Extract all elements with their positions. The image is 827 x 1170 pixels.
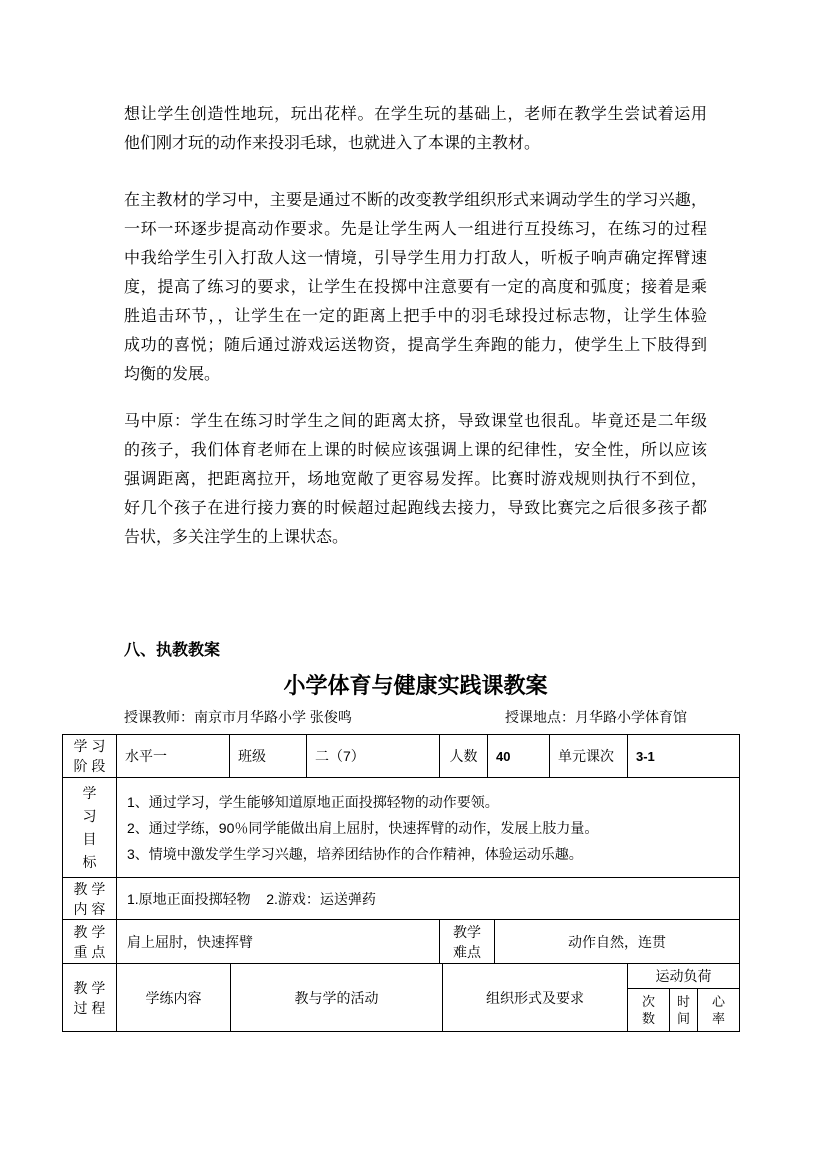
paragraph-line: 均衡的发展。 [124,360,707,389]
paragraph: 想让学生创造性地玩，玩出花样。在学生玩的基础上，老师在教学生尝试着运用 他们刚才… [124,100,707,158]
paragraph-line: 成功的喜悦；随后通过游戏运送物资，提高学生奔跑的能力，使学生上下肢得到 [124,331,707,360]
organization-header-cell: 组织形式及要求 [443,964,628,1031]
difficulty-value-cell: 动作自然，连贯 [495,920,739,964]
load-subrow: 次 数 时 间 心 率 [628,989,739,1031]
table-row: 学 习 阶 段 水平一 班级 二（7） 人数 40 单元课次 3-1 [63,735,739,778]
paragraph-line: 在主教材的学习中，主要是通过不断的改变教学组织形式来调动学生的学习兴趣， [124,186,707,215]
goal-line: 1、通过学习，学生能够知道原地正面投掷轻物的动作要领。 [127,789,499,815]
paragraph: 在主教材的学习中，主要是通过不断的改变教学组织形式来调动学生的学习兴趣， 一环一… [124,186,707,389]
paragraph-line: 想让学生创造性地玩，玩出花样。在学生玩的基础上，老师在教学生尝试着运用 [124,100,707,129]
paragraph-line: 的孩子，我们体育老师在上课的时候应该强调上课的纪律性，安全性，所以应该 [124,436,707,465]
load-header-cell: 运动负荷 [628,964,739,989]
paragraph-line: 度，提高了练习的要求，让学生在投掷中注意要有一定的高度和弧度；接着是乘 [124,273,707,302]
load-time-cell: 时 间 [670,989,698,1031]
table-row: 教 学 重 点 肩上屈肘，快速挥臂 教学 难点 动作自然，连贯 [63,920,739,964]
practice-content-header-cell: 学练内容 [117,964,231,1031]
goal-line: 3、情境中激发学生学习兴趣，培养团结协作的合作精神，体验运动乐趣。 [127,841,583,867]
unit-value-cell: 3-1 [628,735,739,778]
process-label-cell: 教 学 过 程 [63,964,117,1031]
class-label-cell: 班级 [230,735,307,778]
byline: 授课教师：南京市月华路小学 张俊鸣 授课地点：月华路小学体育馆 [124,707,739,727]
count-label-cell: 人数 [440,735,488,778]
paragraph-line: 马中原：学生在练习时学生之间的距离太挤，导致课堂也很乱。毕竟还是二年级 [124,407,707,436]
teacher-info: 授课教师：南京市月华路小学 张俊鸣 [124,709,352,725]
paragraph-line: 好几个孩子在进行接力赛的时候超过起跑线去接力，导致比赛完之后很多孩子都 [124,494,707,523]
focus-value-cell: 肩上屈肘，快速挥臂 [117,920,440,964]
location-info: 授课地点：月华路小学体育馆 [505,707,687,727]
load-header-block: 运动负荷 次 数 时 间 心 率 [628,964,739,1031]
paragraph-line: 胜追击环节，，让学生在一定的距离上把手中的羽毛球投过标志物，让学生体验 [124,302,707,331]
table-row: 学 习 目 标 1、通过学习，学生能够知道原地正面投掷轻物的动作要领。 2、通过… [63,778,739,878]
stage-value-cell: 水平一 [117,735,230,778]
goal-line: 2、通过学练，90％同学能做出肩上屈肘，快速挥臂的动作，发展上肢力量。 [127,815,598,841]
content-label-cell: 教 学 内 容 [63,878,117,920]
class-value-cell: 二（7） [307,735,440,778]
content-value-cell: 1.原地正面投掷轻物 2.游戏：运送弹药 [117,878,739,920]
paragraph-line: 一环一环逐步提高动作要求。先是让学生两人一组进行互投练习，在练习的过程 [124,215,707,244]
table-row: 教 学 过 程 学练内容 教与学的活动 组织形式及要求 运动负荷 次 数 时 间… [63,964,739,1031]
count-value-cell: 40 [488,735,550,778]
load-times-cell: 次 数 [628,989,670,1031]
goals-content-cell: 1、通过学习，学生能够知道原地正面投掷轻物的动作要领。 2、通过学练，90％同学… [117,778,739,878]
goals-label-cell: 学 习 目 标 [63,778,117,878]
stage-label-cell: 学 习 阶 段 [63,735,117,778]
paragraph: 马中原：学生在练习时学生之间的距离太挤，导致课堂也很乱。毕竟还是二年级 的孩子，… [124,407,707,552]
paragraph-line: 他们刚才玩的动作来投羽毛球，也就进入了本课的主教材。 [124,129,707,158]
paragraph-line: 强调距离，把距离拉开，场地宽敞了更容易发挥。比赛时游戏规则执行不到位， [124,465,707,494]
load-heartrate-cell: 心 率 [698,989,739,1031]
paragraph-line: 告状，多关注学生的上课状态。 [124,523,707,552]
section-heading: 八、执教教案 [124,641,220,661]
unit-label-cell: 单元课次 [550,735,628,778]
lesson-plan-table: 学 习 阶 段 水平一 班级 二（7） 人数 40 单元课次 3-1 学 习 目… [62,734,740,1032]
document-page: 想让学生创造性地玩，玩出花样。在学生玩的基础上，老师在教学生尝试着运用 他们刚才… [0,0,827,1170]
difficulty-label-cell: 教学 难点 [440,920,495,964]
table-row: 教 学 内 容 1.原地正面投掷轻物 2.游戏：运送弹药 [63,878,739,920]
teaching-activity-header-cell: 教与学的活动 [231,964,443,1031]
focus-label-cell: 教 学 重 点 [63,920,117,964]
document-title: 小学体育与健康实践课教案 [124,671,707,701]
paragraph-line: 中我给学生引入打敌人这一情境，引导学生用力打敌人，听板子响声确定挥臂速 [124,244,707,273]
